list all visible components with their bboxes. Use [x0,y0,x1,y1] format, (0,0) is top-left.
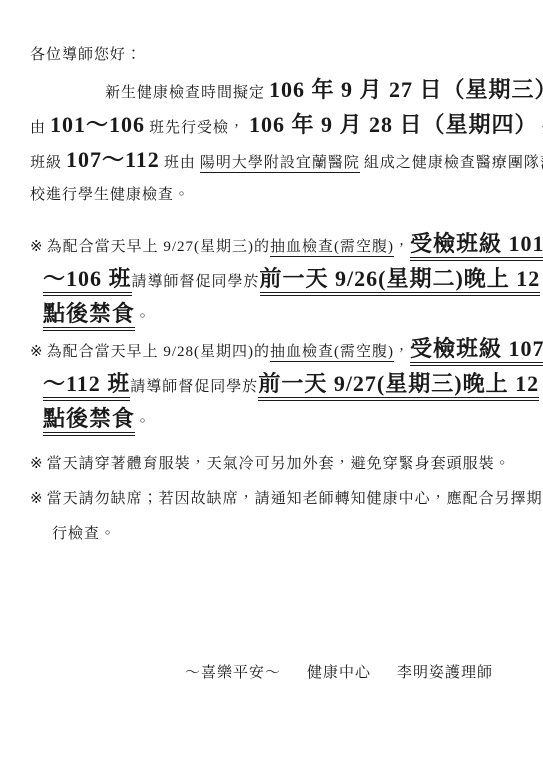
fasting-time-emphasis: 前一天 9/27(星期三)晚上 12 [258,371,539,401]
fasting-time-emphasis: 點後禁食 [43,301,135,331]
intro-text: 校進行學生健康檢查。 [30,187,190,203]
signer-name: 李明姿護理師 [397,665,493,681]
note-clothing: ※當天請穿著體育服裝，天氣冷可另加外套，避免穿緊身套頭服裝。 [30,446,517,481]
note-line: ～106 班請導師督促同學於前一天 9/26(星期二)晚上 12 [30,261,517,296]
fasting-time-emphasis: 前一天 9/26(星期二)晚上 12 [260,266,541,296]
exam-classes-emphasis: 受檢班級 107 [410,336,543,366]
intro-line-2: 由 101～106 班先行受檢， 106 年 9 月 28 日（星期四） 受檢 [30,107,517,142]
intro-text: 班級 [30,155,62,171]
note-fasting-107-112: ※為配合當天早上 9/28(星期四)的抽血檢查(需空腹)，受檢班級 107 ～1… [30,331,517,436]
exam-classes-emphasis: ～106 班 [43,266,132,296]
note-fasting-101-106: ※為配合當天早上 9/27(星期三)的抽血檢查(需空腹)，受檢班級 101 ～1… [30,226,517,331]
note-text: 為配合當天早上 9/28(星期四)的 [47,344,270,360]
note-text: ， [394,344,410,360]
hospital-name: 陽明大學附設宜蘭醫院 [200,155,360,173]
note-line: ～112 班請導師督促同學於前一天 9/27(星期三)晚上 12 [30,366,517,401]
intro-paragraph: 新生健康檢查時間擬定 106 年 9 月 27 日（星期三） 由 101～106… [30,72,517,212]
note-text: 當天請穿著體育服裝，天氣冷可另加外套，避免穿緊身套頭服裝。 [47,456,511,472]
intro-text: 班先行受檢， [149,120,245,136]
note-line: ※為配合當天早上 9/28(星期四)的抽血檢查(需空腹)，受檢班級 107 [30,331,517,366]
intro-text: 由 [30,120,46,136]
greeting-text: 各位導師您好： [30,47,142,63]
blood-test-note: 抽血檢查(需空腹) [270,239,394,257]
reference-mark: ※ [30,239,44,255]
reference-mark: ※ [30,344,44,360]
note-text: 行檢查。 [52,526,116,542]
exam-classes-emphasis: ～112 班 [43,371,130,401]
note-line: 點後禁食。 [30,401,517,436]
department-name: 健康中心 [307,665,371,681]
intro-text: 組成之健康檢查醫療團隊蒞 [364,155,543,171]
note-text: 。 [135,309,151,325]
note-line: 行檢查。 [30,516,517,551]
checkup-date-1: 106 年 9 月 27 日（星期三） [269,77,543,102]
greeting-line: 各位導師您好： [30,37,517,72]
class-range-1: 101～106 [50,112,145,137]
fasting-time-emphasis: 點後禁食 [43,406,135,436]
class-range-2: 107～112 [66,147,160,172]
signature-line: ～喜樂平安～ 健康中心 李明姿護理師 [30,655,517,690]
note-absence: ※當天請勿缺席；若因故缺席，請通知老師轉知健康中心，應配合另擇期補 行檢查。 [30,481,517,551]
note-text: 為配合當天早上 9/27(星期三)的 [47,239,270,255]
blessing-text: ～喜樂平安～ [185,665,281,681]
note-text: 請導師督促同學於 [130,379,258,395]
note-line: ※當天請勿缺席；若因故缺席，請通知老師轉知健康中心，應配合另擇期補 [30,481,517,516]
intro-text: 班由 [164,155,196,171]
notice-page: 各位導師您好： 新生健康檢查時間擬定 106 年 9 月 27 日（星期三） 由… [0,0,543,768]
intro-lead-text: 新生健康檢查時間擬定 [105,85,265,101]
intro-line-1: 新生健康檢查時間擬定 106 年 9 月 27 日（星期三） [30,72,517,107]
reference-mark: ※ [30,456,44,472]
note-line: ※為配合當天早上 9/27(星期三)的抽血檢查(需空腹)，受檢班級 101 [30,226,517,261]
checkup-date-2: 106 年 9 月 28 日（星期四） [249,112,538,137]
note-text: 。 [135,414,151,430]
note-text: 請導師督促同學於 [132,274,260,290]
note-text: ， [394,239,410,255]
intro-line-4: 校進行學生健康檢查。 [30,177,517,212]
exam-classes-emphasis: 受檢班級 101 [410,231,543,261]
intro-line-3: 班級 107～112 班由 陽明大學附設宜蘭醫院 組成之健康檢查醫療團隊蒞 [30,142,517,177]
note-line: ※當天請穿著體育服裝，天氣冷可另加外套，避免穿緊身套頭服裝。 [30,446,517,481]
reference-mark: ※ [30,491,44,507]
note-text: 當天請勿缺席；若因故缺席，請通知老師轉知健康中心，應配合另擇期補 [47,491,543,507]
blood-test-note: 抽血檢查(需空腹) [270,344,394,362]
note-line: 點後禁食。 [30,296,517,331]
